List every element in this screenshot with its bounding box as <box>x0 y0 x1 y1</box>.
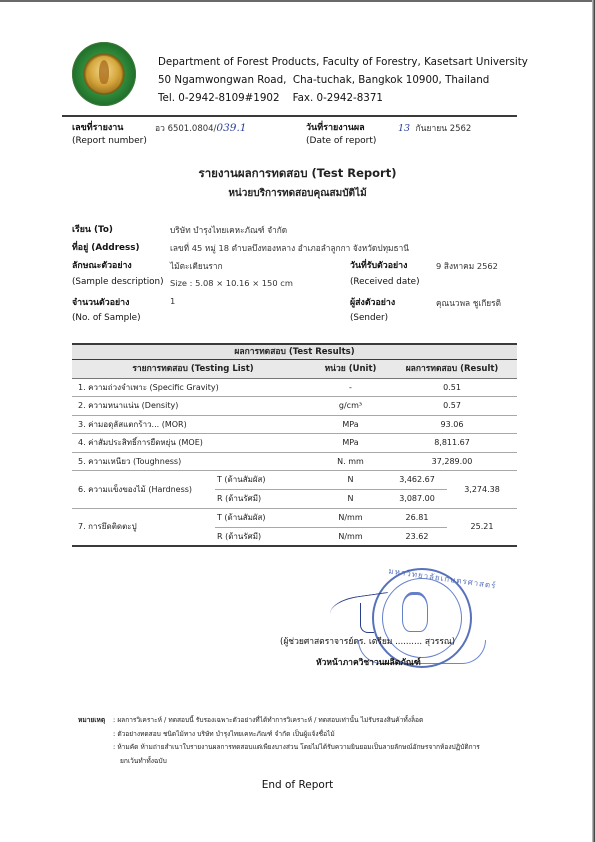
header-unit: หน่วย (Unit) <box>314 360 387 378</box>
stamp-emblem <box>402 592 428 632</box>
notes-label-spacer <box>78 741 113 755</box>
signature-stroke <box>360 603 374 633</box>
results-caption: ผลการทดสอบ (Test Results) <box>72 343 517 360</box>
sender-label-th: ผู้ส่งตัวอย่าง <box>350 295 395 309</box>
notes-label-spacer <box>78 728 113 742</box>
group-average: 25.21 <box>447 509 517 545</box>
group-subrows: T (ด้านสัมผัส) N 3,462.67 R (ด้านรัศมี) … <box>215 471 447 508</box>
address-label: ที่อยู่ (Address) <box>72 240 140 254</box>
report-date-day-handwritten: 13 <box>398 123 410 134</box>
table-row: 5. ความเหนียว (Toughness) N. mm 37,289.0… <box>72 453 517 471</box>
row-result: 37,289.00 <box>387 453 517 470</box>
num-samples-label-en: (No. of Sample) <box>72 313 141 323</box>
group-subrow: T (ด้านสัมผัส) N 3,462.67 <box>215 471 447 490</box>
group-subrow: R (ด้านรัศมี) N 3,087.00 <box>215 490 447 509</box>
header-divider <box>62 115 517 117</box>
org-name: Department of Forest Products, Faculty o… <box>158 53 528 71</box>
sender-value: คุณนวพล ชูเกียรติ <box>436 296 501 310</box>
report-title: รายงานผลการทดสอบ (Test Report) <box>0 165 595 183</box>
address-value: เลขที่ 45 หมู่ 18 ตำบลบึงทองหลาง อำเภอลำ… <box>170 241 409 255</box>
row-item: 3. ค่ามอดุลัสแตกร้าว... (MOR) <box>72 416 314 433</box>
org-address: 50 Ngamwongwan Road, Cha-tuchak, Bangkok… <box>158 71 528 89</box>
page-edge-top <box>0 0 595 2</box>
row-unit: - <box>314 379 387 396</box>
university-logo-icon <box>72 42 136 106</box>
group-item: 6. ความแข็งของไม้ (Hardness) <box>72 471 215 508</box>
row-result: 93.06 <box>387 416 517 433</box>
group-item: 7. การยึดติดตะปู <box>72 509 215 545</box>
row-unit: N. mm <box>314 453 387 470</box>
report-number-label-en: (Report number) <box>72 136 147 146</box>
row-unit: g/cm³ <box>314 397 387 414</box>
note-text: : ห้ามคัด ห้ามถ่ายสำเนาใบรายงานผลการทดสอ… <box>113 741 480 755</box>
row-result: 8,811.67 <box>387 434 517 451</box>
report-date-label-en: (Date of report) <box>306 136 376 146</box>
subrow-unit: N/mm <box>314 509 387 527</box>
organization-header: Department of Forest Products, Faculty o… <box>158 53 528 107</box>
subrow-value: 23.62 <box>387 528 447 547</box>
num-samples-label-th: จำนวนตัวอย่าง <box>72 295 129 309</box>
report-date-value: 13 กันยายน 2562 <box>398 121 471 135</box>
subrow-direction: R (ด้านรัศมี) <box>215 528 314 547</box>
group-average: 3,274.38 <box>447 471 517 508</box>
subrow-unit: N/mm <box>314 528 387 547</box>
report-date-label-th: วันที่รายงานผล <box>306 120 365 134</box>
header-testing-list: รายการทดสอบ (Testing List) <box>72 360 314 378</box>
notes-label: หมายเหตุ <box>78 714 113 728</box>
received-date-label-en: (Received date) <box>350 277 420 287</box>
table-row: 4. ค่าสัมประสิทธิ์การยืดหยุ่น (MOE) MPa … <box>72 434 517 452</box>
results-header-row: รายการทดสอบ (Testing List) หน่วย (Unit) … <box>72 360 517 379</box>
subrow-direction: T (ด้านสัมผัส) <box>215 509 314 527</box>
group-subrow: R (ด้านรัศมี) N/mm 23.62 <box>215 528 447 547</box>
end-of-report: End of Report <box>0 779 595 791</box>
row-item: 5. ความเหนียว (Toughness) <box>72 453 314 470</box>
note-text: : ผลการวิเคราะห์ / ทดสอบนี้ รับรองเฉพาะต… <box>113 714 423 728</box>
table-row: 3. ค่ามอดุลัสแตกร้าว... (MOR) MPa 93.06 <box>72 416 517 434</box>
table-group-row: 6. ความแข็งของไม้ (Hardness) T (ด้านสัมผ… <box>72 471 517 509</box>
note-line: หมายเหตุ : ผลการวิเคราะห์ / ทดสอบนี้ รับ… <box>78 714 480 728</box>
report-number-value: อว 6501.0804/039.1 <box>155 121 246 135</box>
notes-section: หมายเหตุ : ผลการวิเคราะห์ / ทดสอบนี้ รับ… <box>78 714 480 768</box>
test-results-table: ผลการทดสอบ (Test Results) รายการทดสอบ (T… <box>72 343 517 547</box>
subrow-direction: R (ด้านรัศมี) <box>215 490 314 509</box>
report-number-prefix: อว 6501.0804/ <box>155 124 216 134</box>
report-number-label-th: เลขที่รายงาน <box>72 120 123 134</box>
row-item: 4. ค่าสัมประสิทธิ์การยืดหยุ่น (MOE) <box>72 434 314 451</box>
note-line: : ตัวอย่างทดสอบ ชนิดไม้ทาง บริษัท บำรุงไ… <box>78 728 480 742</box>
note-text: ยกเว้นทำทั้งฉบับ <box>120 755 167 769</box>
subrow-direction: T (ด้านสัมผัส) <box>215 471 314 489</box>
header-result: ผลการทดสอบ (Result) <box>387 360 517 378</box>
note-text: : ตัวอย่างทดสอบ ชนิดไม้ทาง บริษัท บำรุงไ… <box>113 728 335 742</box>
to-value: บริษัท บำรุงไทยเคหะภัณฑ์ จำกัด <box>170 223 287 237</box>
num-samples-value: 1 <box>170 296 175 306</box>
received-date-label-th: วันที่รับตัวอย่าง <box>350 258 407 272</box>
subrow-unit: N <box>314 471 387 489</box>
row-unit: MPa <box>314 434 387 451</box>
table-group-row: 7. การยึดติดตะปู T (ด้านสัมผัส) N/mm 26.… <box>72 509 517 547</box>
row-item: 2. ความหนาแน่น (Density) <box>72 397 314 414</box>
sample-description-value-th: ไม้ตะเคียนราก <box>170 259 223 273</box>
received-date-value: 9 สิงหาคม 2562 <box>436 259 498 273</box>
sample-description-value-en: Size : 5.08 × 10.16 × 150 cm <box>170 278 293 288</box>
sample-description-label-th: ลักษณะตัวอย่าง <box>72 258 132 272</box>
table-row: 1. ความถ่วงจำเพาะ (Specific Gravity) - 0… <box>72 379 517 397</box>
row-unit: MPa <box>314 416 387 433</box>
report-number-handwritten: 039.1 <box>216 122 246 134</box>
row-item: 1. ความถ่วงจำเพาะ (Specific Gravity) <box>72 379 314 396</box>
sender-label-en: (Sender) <box>350 313 388 323</box>
note-line: : ห้ามคัด ห้ามถ่ายสำเนาใบรายงานผลการทดสอ… <box>78 741 480 755</box>
subrow-value: 26.81 <box>387 509 447 527</box>
subrow-value: 3,462.67 <box>387 471 447 489</box>
subrow-value: 3,087.00 <box>387 490 447 509</box>
report-date-rest: กันยายน 2562 <box>416 124 472 134</box>
row-result: 0.51 <box>387 379 517 396</box>
subrow-unit: N <box>314 490 387 509</box>
row-result: 0.57 <box>387 397 517 414</box>
signer-name: (ผู้ช่วยศาสตราจารย์ดร. เตรียม ..........… <box>280 634 455 648</box>
signer-title: หัวหน้าภาควิชาวนผลิตภัณฑ์ <box>316 655 421 669</box>
sample-description-label-en: (Sample description) <box>72 277 164 287</box>
report-subtitle: หน่วยบริการทดสอบคุณสมบัติไม้ <box>0 186 595 201</box>
group-subrow: T (ด้านสัมผัส) N/mm 26.81 <box>215 509 447 528</box>
to-label: เรียน (To) <box>72 222 113 236</box>
note-line-continuation: ยกเว้นทำทั้งฉบับ <box>78 755 480 769</box>
group-subrows: T (ด้านสัมผัส) N/mm 26.81 R (ด้านรัศมี) … <box>215 509 447 545</box>
logo-flame-icon <box>99 60 109 84</box>
org-contact: Tel. 0-2942-8109#1902 Fax. 0-2942-8371 <box>158 89 528 107</box>
table-row: 2. ความหนาแน่น (Density) g/cm³ 0.57 <box>72 397 517 415</box>
